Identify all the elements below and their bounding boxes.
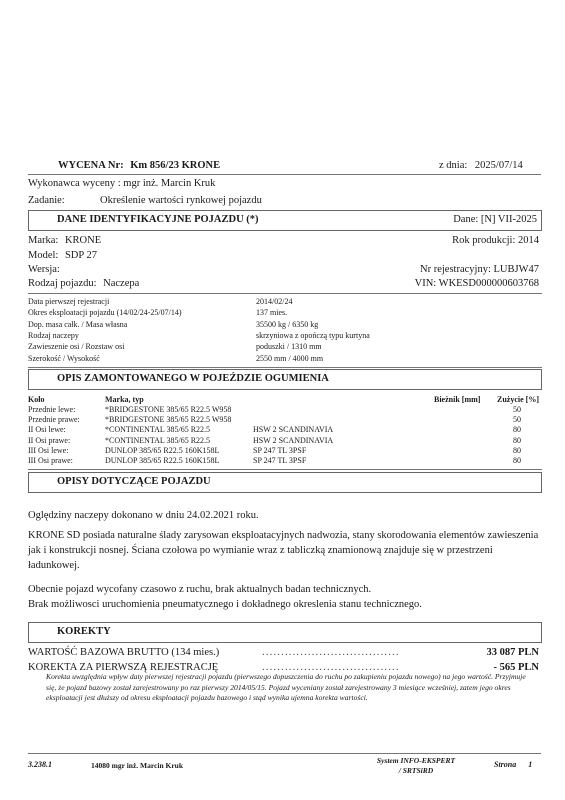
- inspection-date-text: Oględziny naczepy dokonano w dniu 24.02.…: [28, 508, 543, 523]
- version: Wersja:: [28, 264, 60, 275]
- tyre-row: III Osi prawe: DUNLOP 385/65 R22.5 160K1…: [0, 456, 565, 467]
- detail-label: Zawieszenie osi / Rozstaw osi: [28, 342, 124, 351]
- vehicle-type-label: Rodzaj pojazdu:: [28, 278, 97, 289]
- tyre-wear: 80: [513, 436, 521, 445]
- tyre-wear: 80: [513, 446, 521, 455]
- details-divider: [28, 367, 542, 368]
- footer-divider: [28, 753, 541, 754]
- tyre-pattern: HSW 2 SCANDINAVIA: [253, 425, 333, 434]
- tyre-wheel: III Osi prawe:: [28, 456, 73, 465]
- tyre-brand: *CONTINENTAL 385/65 R22.5: [105, 436, 210, 445]
- tyres-col-wheel: Koło: [28, 395, 44, 404]
- correction-label: WARTOŚĆ BAZOWA BRUTTO (134 mies.): [28, 647, 219, 658]
- vehicle-type-value: Naczepa: [103, 278, 139, 289]
- tyre-wear: 80: [513, 456, 521, 465]
- tyre-pattern: HSW 2 SCANDINAVIA: [253, 436, 333, 445]
- descriptions-section-header: OPISY DOTYCZĄCE POJAZDU: [28, 472, 542, 493]
- tyre-wheel: Przednie prawe:: [28, 415, 80, 424]
- page-number: 1: [528, 760, 532, 769]
- footer-page: Strona 1: [494, 760, 532, 769]
- detail-label: Okres eksploatacji pojazdu (14/02/24-25/…: [28, 308, 182, 317]
- make-value: KRONE: [65, 235, 101, 246]
- tyre-pattern: SP 247 TL 3PSF: [253, 446, 306, 455]
- detail-value: skrzyniowa z opończą typu kurtyna: [256, 331, 370, 340]
- registration-number: Nr rejestracyjny: LUBJW47: [420, 264, 539, 275]
- detail-value: 35500 kg / 6350 kg: [256, 320, 318, 329]
- tyre-wear: 50: [513, 415, 521, 424]
- valuation-date: z dnia: 2025/07/14: [439, 160, 523, 171]
- detail-label: Rodzaj naczepy: [28, 331, 79, 340]
- detail-label: Data pierwszej rejestracji: [28, 297, 109, 306]
- status-text: Obecnie pojazd wycofany czasowo z ruchu,…: [28, 582, 543, 597]
- tyre-brand: DUNLOP 385/65 R22.5 160K158L: [105, 446, 219, 455]
- detail-value: 137 mies.: [256, 308, 287, 317]
- corrections-section-header: KOREKTY: [28, 622, 542, 643]
- correction-value: 33 087 PLN: [487, 647, 540, 658]
- model-value: SDP 27: [65, 250, 97, 261]
- detail-value: poduszki / 1310 mm: [256, 342, 322, 351]
- identification-section-header: DANE IDENTYFIKACYJNE POJAZDU (*) Dane: […: [28, 210, 542, 231]
- model: Model: SDP 27: [28, 250, 97, 261]
- tyres-col-brand: Marka, typ: [105, 395, 144, 404]
- data-source: Dane: [N] VII-2025: [453, 214, 537, 225]
- valuation-number: Km 856/23 KRONE: [130, 160, 220, 171]
- task-label: Zadanie:: [28, 195, 65, 206]
- tyre-wheel: Przednie lewe:: [28, 405, 75, 414]
- tyres-section-header: OPIS ZAMONTOWANEGO W POJEŹDZIE OGUMIENIA: [28, 369, 542, 390]
- detail-value: 2550 mm / 4000 mm: [256, 354, 323, 363]
- valuation-date-label: z dnia:: [439, 160, 467, 171]
- header-divider: [28, 174, 541, 175]
- version-label: Wersja:: [28, 264, 60, 275]
- vin: VIN: WKESD000000603768: [415, 278, 539, 289]
- footer-author: 14080 mgr inż. Marcin Kruk: [91, 761, 183, 770]
- correction-leader-dots: ....................................: [262, 647, 400, 658]
- tyre-brand: *CONTINENTAL 385/65 R22.5: [105, 425, 210, 434]
- task-value: Określenie wartości rynkowej pojazdu: [100, 195, 262, 206]
- page-label: Strona: [494, 760, 516, 769]
- corrections-section-title: KOREKTY: [57, 626, 111, 637]
- footer-code: 3.238.1: [28, 760, 52, 769]
- valuation-number-label: WYCENA Nr:: [58, 160, 124, 171]
- tyre-brand: *BRIDGESTONE 385/65 R22.5 W958: [105, 405, 231, 414]
- technical-limitation-text: Brak możliwosci uruchomienia pneumatyczn…: [28, 597, 543, 612]
- tyres-divider: [28, 469, 542, 470]
- tyres-col-wear: Zużycie [%]: [497, 395, 539, 404]
- tyres-section-title: OPIS ZAMONTOWANEGO W POJEŹDZIE OGUMIENIA: [57, 373, 329, 384]
- detail-label: Szerokość / Wysokość: [28, 354, 100, 363]
- contractor: Wykonawca wyceny : mgr inż. Marcin Kruk: [28, 178, 215, 189]
- tyre-wear: 50: [513, 405, 521, 414]
- tyre-wear: 80: [513, 425, 521, 434]
- tyre-wheel: II Osi lewe:: [28, 425, 66, 434]
- model-label: Model:: [28, 250, 58, 261]
- make-label: Marka:: [28, 235, 58, 246]
- tyre-brand: *BRIDGESTONE 385/65 R22.5 W958: [105, 415, 231, 424]
- tyre-pattern: SP 247 TL 3PSF: [253, 456, 306, 465]
- footer-system-line1: System INFO-EKSPERT: [370, 756, 462, 766]
- footer-system-line2: / SRTSiRD: [370, 766, 462, 776]
- make: Marka: KRONE: [28, 235, 101, 246]
- tyres-col-tread: Bieżnik [mm]: [434, 395, 480, 404]
- identification-section-title: DANE IDENTYFIKACYJNE POJAZDU (*): [57, 214, 259, 225]
- tyre-wheel: II Osi prawe:: [28, 436, 70, 445]
- valuation-date-value: 2025/07/14: [475, 160, 523, 171]
- vehicle-type: Rodzaj pojazdu: Naczepa: [28, 278, 139, 289]
- condition-description: KRONE SD posiada naturalne ślady zarysow…: [28, 528, 543, 573]
- production-year: Rok produkcji: 2014: [452, 235, 539, 246]
- tyre-wheel: III Osi lewe:: [28, 446, 68, 455]
- correction-note: Korekta uwzględnia wpływ daty pierwszej …: [46, 672, 526, 704]
- identification-divider: [28, 293, 542, 294]
- footer-system: System INFO-EKSPERT / SRTSiRD: [370, 756, 462, 776]
- detail-label: Dop. masa całk. / Masa własna: [28, 320, 127, 329]
- tyre-brand: DUNLOP 385/65 R22.5 160K158L: [105, 456, 219, 465]
- detail-value: 2014/02/24: [256, 297, 292, 306]
- valuation-title: WYCENA Nr: Km 856/23 KRONE: [58, 160, 220, 171]
- descriptions-section-title: OPISY DOTYCZĄCE POJAZDU: [57, 476, 211, 487]
